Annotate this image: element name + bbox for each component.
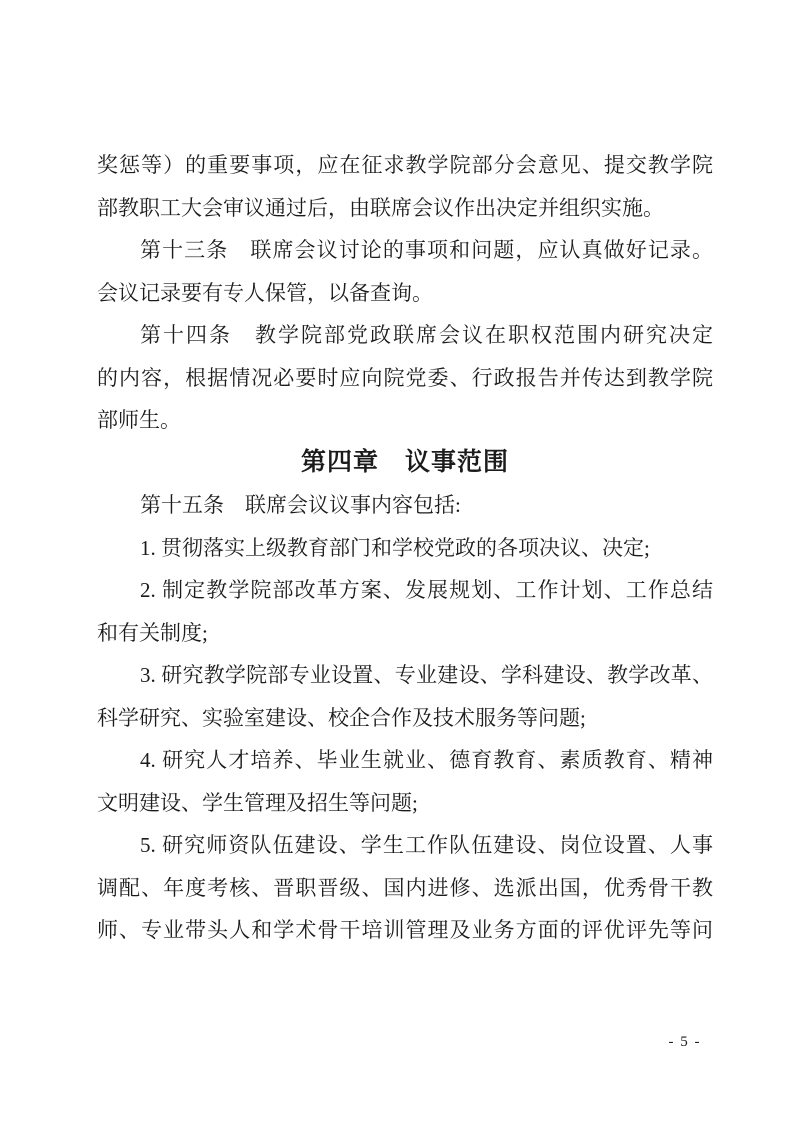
body-line-item2-2: 和有关制度; <box>97 612 713 655</box>
body-line-2: 部教职工大会审议通过后，由联席会议作出决定并组织实施。 <box>97 187 713 230</box>
body-line-item2-1: 2. 制定教学院部改革方案、发展规划、工作计划、工作总结 <box>97 569 713 612</box>
body-line-item5-1: 5. 研究师资队伍建设、学生工作队伍建设、岗位设置、人事 <box>97 824 713 867</box>
body-line-item4-1: 4. 研究人才培养、毕业生就业、德育教育、素质教育、精神 <box>97 739 713 782</box>
document-body: 奖惩等）的重要事项，应在征求教学院部分会意见、提交教学院 部教职工大会审议通过后… <box>97 144 713 952</box>
document-page: 奖惩等）的重要事项，应在征求教学院部分会意见、提交教学院 部教职工大会审议通过后… <box>0 0 793 1122</box>
body-line-item1: 1. 贯彻落实上级教育部门和学校党政的各项决议、决定; <box>97 527 713 570</box>
body-line-article14-3: 部师生。 <box>97 399 713 442</box>
body-line-item5-3: 师、专业带头人和学术骨干培训管理及业务方面的评优评先等问 <box>97 909 713 952</box>
body-line-item4-2: 文明建设、学生管理及招生等问题; <box>97 782 713 825</box>
page-number: - 5 - <box>669 1034 702 1051</box>
body-line-article13-1: 第十三条 联席会议讨论的事项和问题，应认真做好记录。 <box>97 229 713 272</box>
body-line-item3-2: 科学研究、实验室建设、校企合作及技术服务等问题; <box>97 697 713 740</box>
body-line-item5-2: 调配、年度考核、晋职晋级、国内进修、选派出国，优秀骨干教 <box>97 867 713 910</box>
body-line-item3-1: 3. 研究教学院部专业设置、专业建设、学科建设、教学改革、 <box>97 654 713 697</box>
body-line-article14-2: 的内容，根据情况必要时应向院党委、行政报告并传达到教学院 <box>97 357 713 400</box>
body-line-1: 奖惩等）的重要事项，应在征求教学院部分会意见、提交教学院 <box>97 144 713 187</box>
body-line-article14-1: 第十四条 教学院部党政联席会议在职权范围内研究决定 <box>97 314 713 357</box>
chapter-heading: 第四章 议事范围 <box>97 442 713 485</box>
body-line-article13-2: 会议记录要有专人保管，以备查询。 <box>97 272 713 315</box>
body-line-article15: 第十五条 联席会议议事内容包括: <box>97 484 713 527</box>
